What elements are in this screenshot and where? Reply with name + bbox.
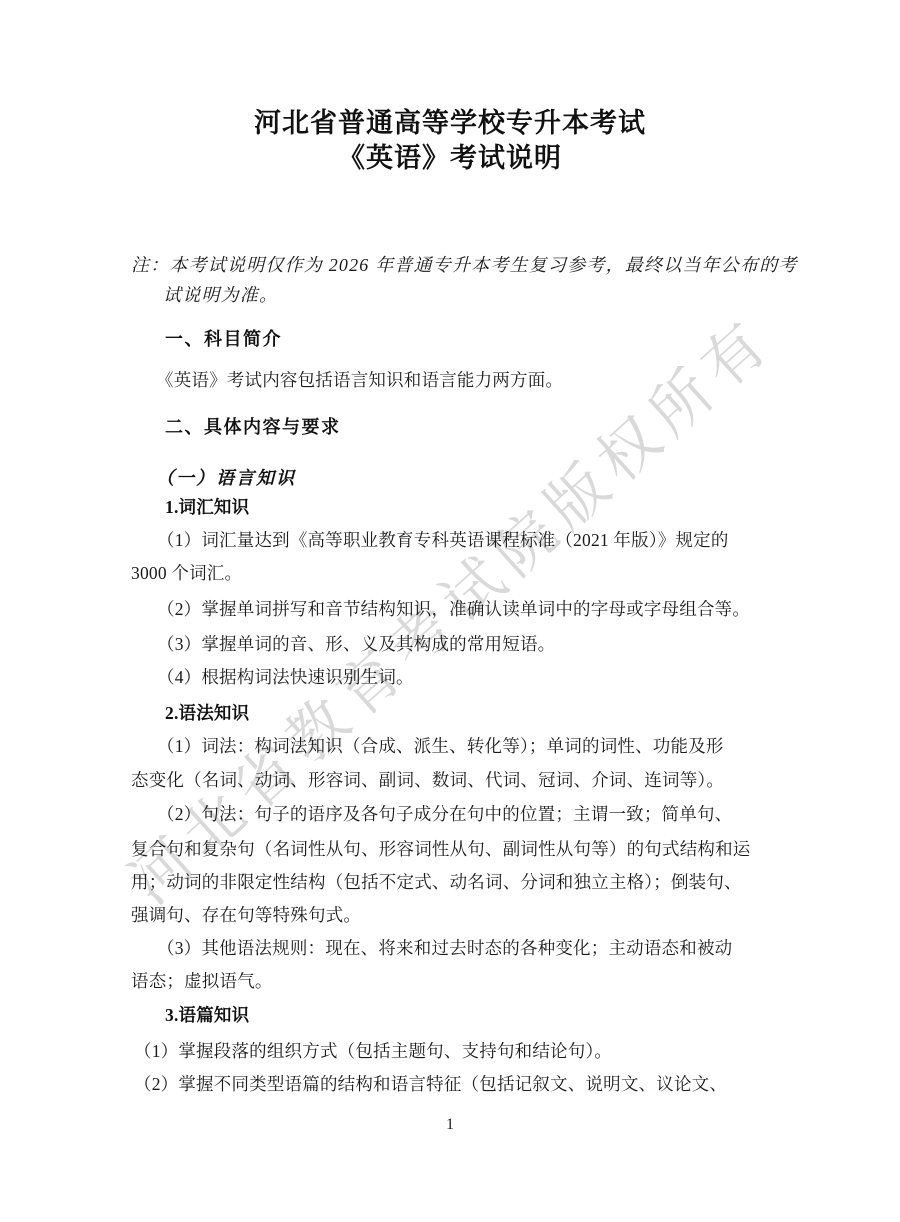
grammar-item-line: （3）其他语法规则：现在、将来和过去时态的各种变化；主动语态和被动: [157, 937, 732, 959]
page-number: 1: [0, 1115, 900, 1135]
subsection-heading-grammar: 2.语法知识: [165, 702, 249, 724]
vocabulary-item-line: （3）掌握单词的音、形、义及其构成的常用短语。: [157, 633, 555, 655]
grammar-item-line: 语态；虚拟语气。: [131, 970, 273, 992]
document-page: 河北省教育考试院版权所有 河北省普通高等学校专升本考试 《英语》考试说明 注：本…: [0, 0, 900, 1222]
grammar-item-line: 态变化（名词、动词、形容词、副词、数词、代词、冠词、介词、连词等）。: [131, 769, 724, 791]
vocabulary-item-line: （2）掌握单词拼写和音节结构知识，准确认读单词中的字母或字母组合等。: [157, 598, 750, 620]
subsection-heading-discourse: 3.语篇知识: [165, 1004, 249, 1026]
subject-intro-text: 《英语》考试内容包括语言知识和语言能力两方面。: [156, 369, 563, 391]
vocabulary-item-line: （4）根据构词法快速识别生词。: [157, 666, 414, 688]
section-heading-requirements: 二、具体内容与要求: [165, 416, 341, 438]
note-line-2: 试说明为准。: [163, 284, 278, 306]
discourse-item-line: （2）掌握不同类型语篇的结构和语言特征（包括记叙文、说明文、议论文、: [134, 1073, 727, 1095]
document-title-line-1: 河北省普通高等学校专升本考试: [0, 105, 900, 141]
grammar-item-line: 强调句、存在句等特殊句式。: [131, 904, 361, 926]
subsection-heading-vocabulary: 1.词汇知识: [165, 496, 249, 518]
grammar-item-line: 复合句和复杂句（名词性从句、形容词性从句、副词性从句等）的句式结构和运: [131, 838, 751, 860]
vocabulary-item-line: （1）词汇量达到《高等职业教育专科英语课程标准（2021 年版）》规定的: [157, 529, 729, 551]
subsection-heading-language-knowledge: （一）语言知识: [156, 467, 296, 489]
grammar-item-line: （2）句法：句子的语序及各句子成分在句中的位置；主谓一致；简单句、: [157, 803, 732, 825]
section-heading-subject-intro: 一、科目简介: [165, 328, 282, 350]
grammar-item-line: 用；动词的非限定性结构（包括不定式、动名词、分词和独立主格）；倒装句、: [131, 871, 742, 893]
note-line-1: 注：本考试说明仅作为 2026 年普通专升本考生复习参考，最终以当年公布的考: [131, 254, 798, 276]
vocabulary-item-line: 3000 个词汇。: [131, 562, 242, 584]
grammar-item-line: （1）词法：构词法知识（合成、派生、转化等）；单词的词性、功能及形: [157, 735, 724, 757]
document-title-line-2: 《英语》考试说明: [0, 140, 900, 176]
discourse-item-line: （1）掌握段落的组织方式（包括主题句、支持句和结论句）。: [134, 1040, 612, 1062]
